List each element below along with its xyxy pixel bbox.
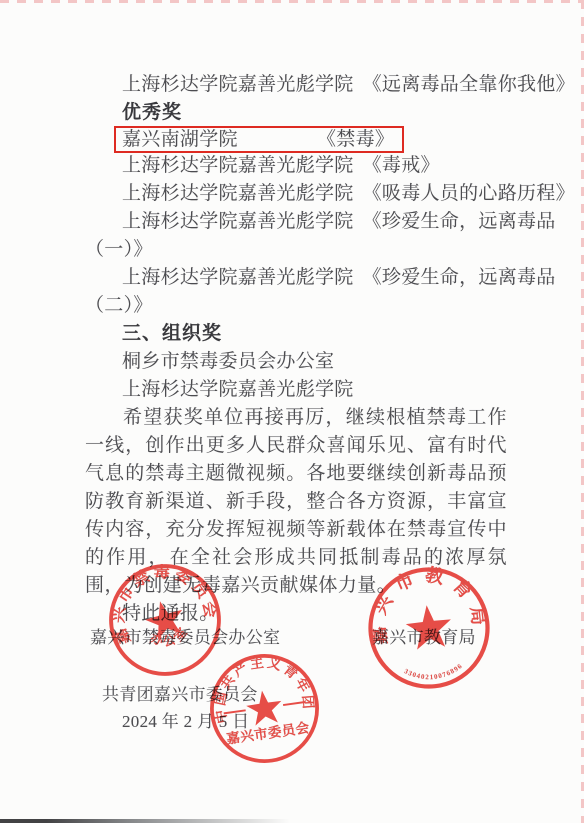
seal-bottom-text: 嘉兴市委员会 bbox=[225, 719, 310, 747]
award-row: 上海杉达学院嘉善光彪学院 《远离毒品全靠你我他》 bbox=[85, 71, 507, 99]
award-title: 《远离毒品全靠你我他》 bbox=[363, 71, 575, 99]
scan-edge-top bbox=[0, 0, 584, 3]
award-org: 上海杉达学院嘉善光彪学院 bbox=[122, 152, 354, 180]
organization-award-row: 上海杉达学院嘉善光彪学院 bbox=[85, 376, 507, 404]
award-row: 上海杉达学院嘉善光彪学院 《毒戒》 bbox=[85, 152, 507, 180]
award-title: 《珍爱生命，远离毒品 bbox=[363, 264, 556, 292]
award-title: 《吸毒人员的心路历程》 bbox=[363, 180, 575, 208]
award-org: 上海杉达学院嘉善光彪学院 bbox=[122, 264, 354, 292]
award-title: 《禁毒》 bbox=[317, 128, 394, 151]
award-org: 嘉兴南湖学院 bbox=[122, 128, 317, 151]
organization-award-heading: 三、组织奖 bbox=[85, 320, 507, 348]
seal-star-icon bbox=[244, 688, 284, 726]
award-row: 上海杉达学院嘉善光彪学院 《珍爱生命，远离毒品 bbox=[85, 264, 507, 292]
award-row-highlighted: 嘉兴南湖学院 《禁毒》 bbox=[85, 127, 507, 152]
award-row: 上海杉达学院嘉善光彪学院 《珍爱生命，远离毒品 bbox=[85, 208, 507, 236]
award-title: 《毒戒》 bbox=[363, 152, 440, 180]
award-title: 《珍爱生命，远离毒品 bbox=[363, 208, 556, 236]
highlight-box: 嘉兴南湖学院 《禁毒》 bbox=[114, 126, 404, 153]
award-org: 上海杉达学院嘉善光彪学院 bbox=[122, 180, 354, 208]
award-org: 上海杉达学院嘉善光彪学院 bbox=[122, 71, 354, 99]
award-org: 上海杉达学院嘉善光彪学院 bbox=[122, 208, 354, 236]
award-title-continuation: （一）》 bbox=[85, 236, 507, 264]
organization-award-row: 桐乡市禁毒委员会办公室 bbox=[85, 348, 507, 376]
scanned-notice-page: 上海杉达学院嘉善光彪学院 《远离毒品全靠你我他》 优秀奖 嘉兴南湖学院 《禁毒》… bbox=[0, 0, 584, 823]
seal-star-icon bbox=[404, 603, 454, 651]
education-bureau-seal: 嘉兴市教育局 33040210076896 bbox=[359, 558, 500, 699]
award-title-continuation: （二）》 bbox=[85, 292, 507, 320]
youth-league-seal: 中国共产主义青年团 嘉兴市委员会 bbox=[200, 644, 330, 774]
excellent-award-heading: 优秀奖 bbox=[85, 99, 507, 127]
document-body: 上海杉达学院嘉善光彪学院 《远离毒品全靠你我他》 优秀奖 嘉兴南湖学院 《禁毒》… bbox=[0, 0, 584, 628]
award-row: 上海杉达学院嘉善光彪学院 《吸毒人员的心路历程》 bbox=[85, 180, 507, 208]
scan-shadow-bottom-left bbox=[0, 819, 290, 823]
